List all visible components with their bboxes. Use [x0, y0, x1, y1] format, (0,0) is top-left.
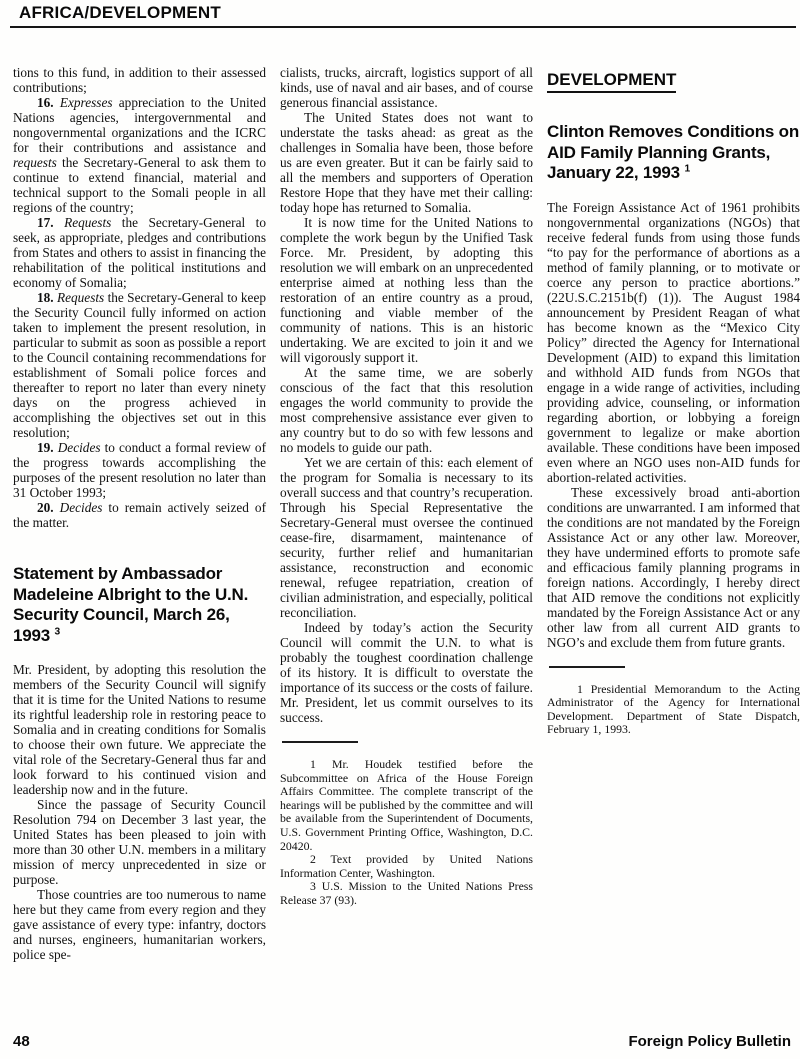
text-run: It is now time for the United Nations to… — [280, 215, 533, 365]
body-paragraph: The Foreign Assistance Act of 1961 prohi… — [547, 200, 800, 485]
page-number: 48 — [13, 1033, 30, 1050]
column-left: tions to this fund, in addition to their… — [13, 65, 266, 962]
body-paragraph: Since the passage of Security Council Re… — [13, 797, 266, 887]
text-run: 19. — [37, 440, 58, 455]
text-run: 17. — [37, 215, 64, 230]
text-run: 3 U.S. Mission to the United Nations Pre… — [280, 879, 533, 907]
footnote-reference: 1 — [684, 163, 689, 174]
text-run: Yet we are certain of this: each element… — [280, 455, 533, 620]
column-middle: cialists, trucks, aircraft, logistics su… — [280, 65, 533, 962]
body-paragraph: At the same time, we are soberly conscio… — [280, 365, 533, 455]
article-heading: Clinton Removes Conditions on AID Family… — [547, 122, 800, 184]
text-run: 1 Mr. Houdek testified before the Subcom… — [280, 757, 533, 853]
article-heading: Statement by Ambassador Madeleine Albrig… — [13, 564, 266, 646]
text-run: Decides — [58, 440, 101, 455]
text-run: Indeed by today’s action the Security Co… — [280, 620, 533, 725]
document-page: AFRICA/DEVELOPMENT tions to this fund, i… — [0, 0, 800, 1059]
body-paragraph: 19. Decides to conduct a formal review o… — [13, 440, 266, 500]
body-paragraph: Indeed by today’s action the Security Co… — [280, 620, 533, 725]
page-header: AFRICA/DEVELOPMENT — [0, 0, 800, 28]
column-right: DEVELOPMENTClinton Removes Conditions on… — [547, 65, 800, 962]
body-paragraph: cialists, trucks, aircraft, logistics su… — [280, 65, 533, 110]
text-run: Requests — [64, 215, 111, 230]
body-paragraph: 18. Requests the Secretary-General to ke… — [13, 290, 266, 440]
text-run: Clinton Removes Conditions on AID Family… — [547, 122, 799, 182]
section-heading: DEVELOPMENT — [547, 70, 800, 90]
text-run: requests — [13, 155, 57, 170]
footnote-reference: 3 — [55, 626, 60, 637]
publication-title: Foreign Policy Bulletin — [628, 1033, 791, 1050]
body-paragraph: 16. Expresses appreciation to the United… — [13, 95, 266, 215]
text-run: Requests — [57, 290, 104, 305]
body-paragraph: These excessively broad anti-abortion co… — [547, 485, 800, 650]
body-paragraph: It is now time for the United Nations to… — [280, 215, 533, 365]
body-paragraph: The United States does not want to under… — [280, 110, 533, 215]
body-paragraph: Yet we are certain of this: each element… — [280, 455, 533, 620]
text-run: The Foreign Assistance Act of 1961 prohi… — [547, 200, 800, 485]
text-run: Those countries are too numerous to name… — [13, 887, 266, 962]
text-run: Decides — [60, 500, 103, 515]
text-run: Expresses — [60, 95, 113, 110]
text-run: Mr. President, by adopting this resoluti… — [13, 662, 266, 797]
text-run: cialists, trucks, aircraft, logistics su… — [280, 65, 533, 110]
text-run: DEVELOPMENT — [547, 70, 676, 93]
footnote-rule — [282, 741, 358, 743]
footnote-rule — [549, 666, 625, 668]
body-paragraph: 17. Requests the Secretary-General to se… — [13, 215, 266, 290]
text-run: The United States does not want to under… — [280, 110, 533, 215]
text-run: Statement by Ambassador Madeleine Albrig… — [13, 564, 248, 645]
body-paragraph: Mr. President, by adopting this resoluti… — [13, 662, 266, 797]
footnote: 2 Text provided by United Nations Inform… — [280, 853, 533, 880]
text-run: These excessively broad anti-abortion co… — [547, 485, 800, 650]
body-paragraph: 20. Decides to remain actively seized of… — [13, 500, 266, 530]
text-run: At the same time, we are soberly conscio… — [280, 365, 533, 455]
page-footer: 48 Foreign Policy Bulletin — [13, 1033, 791, 1050]
body-paragraph: tions to this fund, in addition to their… — [13, 65, 266, 95]
text-run: 18. — [37, 290, 57, 305]
text-run: 16. — [37, 95, 60, 110]
text-run: the Secretary-General to keep the Securi… — [13, 290, 266, 440]
section-header-title: AFRICA/DEVELOPMENT — [0, 0, 800, 23]
text-run: 1 Presidential Memorandum to the Acting … — [547, 682, 800, 737]
text-run: 20. — [37, 500, 60, 515]
footnote: 3 U.S. Mission to the United Nations Pre… — [280, 880, 533, 907]
text-run: 2 Text provided by United Nations Inform… — [280, 852, 533, 880]
text-run: tions to this fund, in addition to their… — [13, 65, 266, 95]
text-run: Since the passage of Security Council Re… — [13, 797, 266, 887]
article-columns: tions to this fund, in addition to their… — [0, 28, 800, 962]
footnote: 1 Mr. Houdek testified before the Subcom… — [280, 758, 533, 853]
footnote: 1 Presidential Memorandum to the Acting … — [547, 683, 800, 737]
body-paragraph: Those countries are too numerous to name… — [13, 887, 266, 962]
